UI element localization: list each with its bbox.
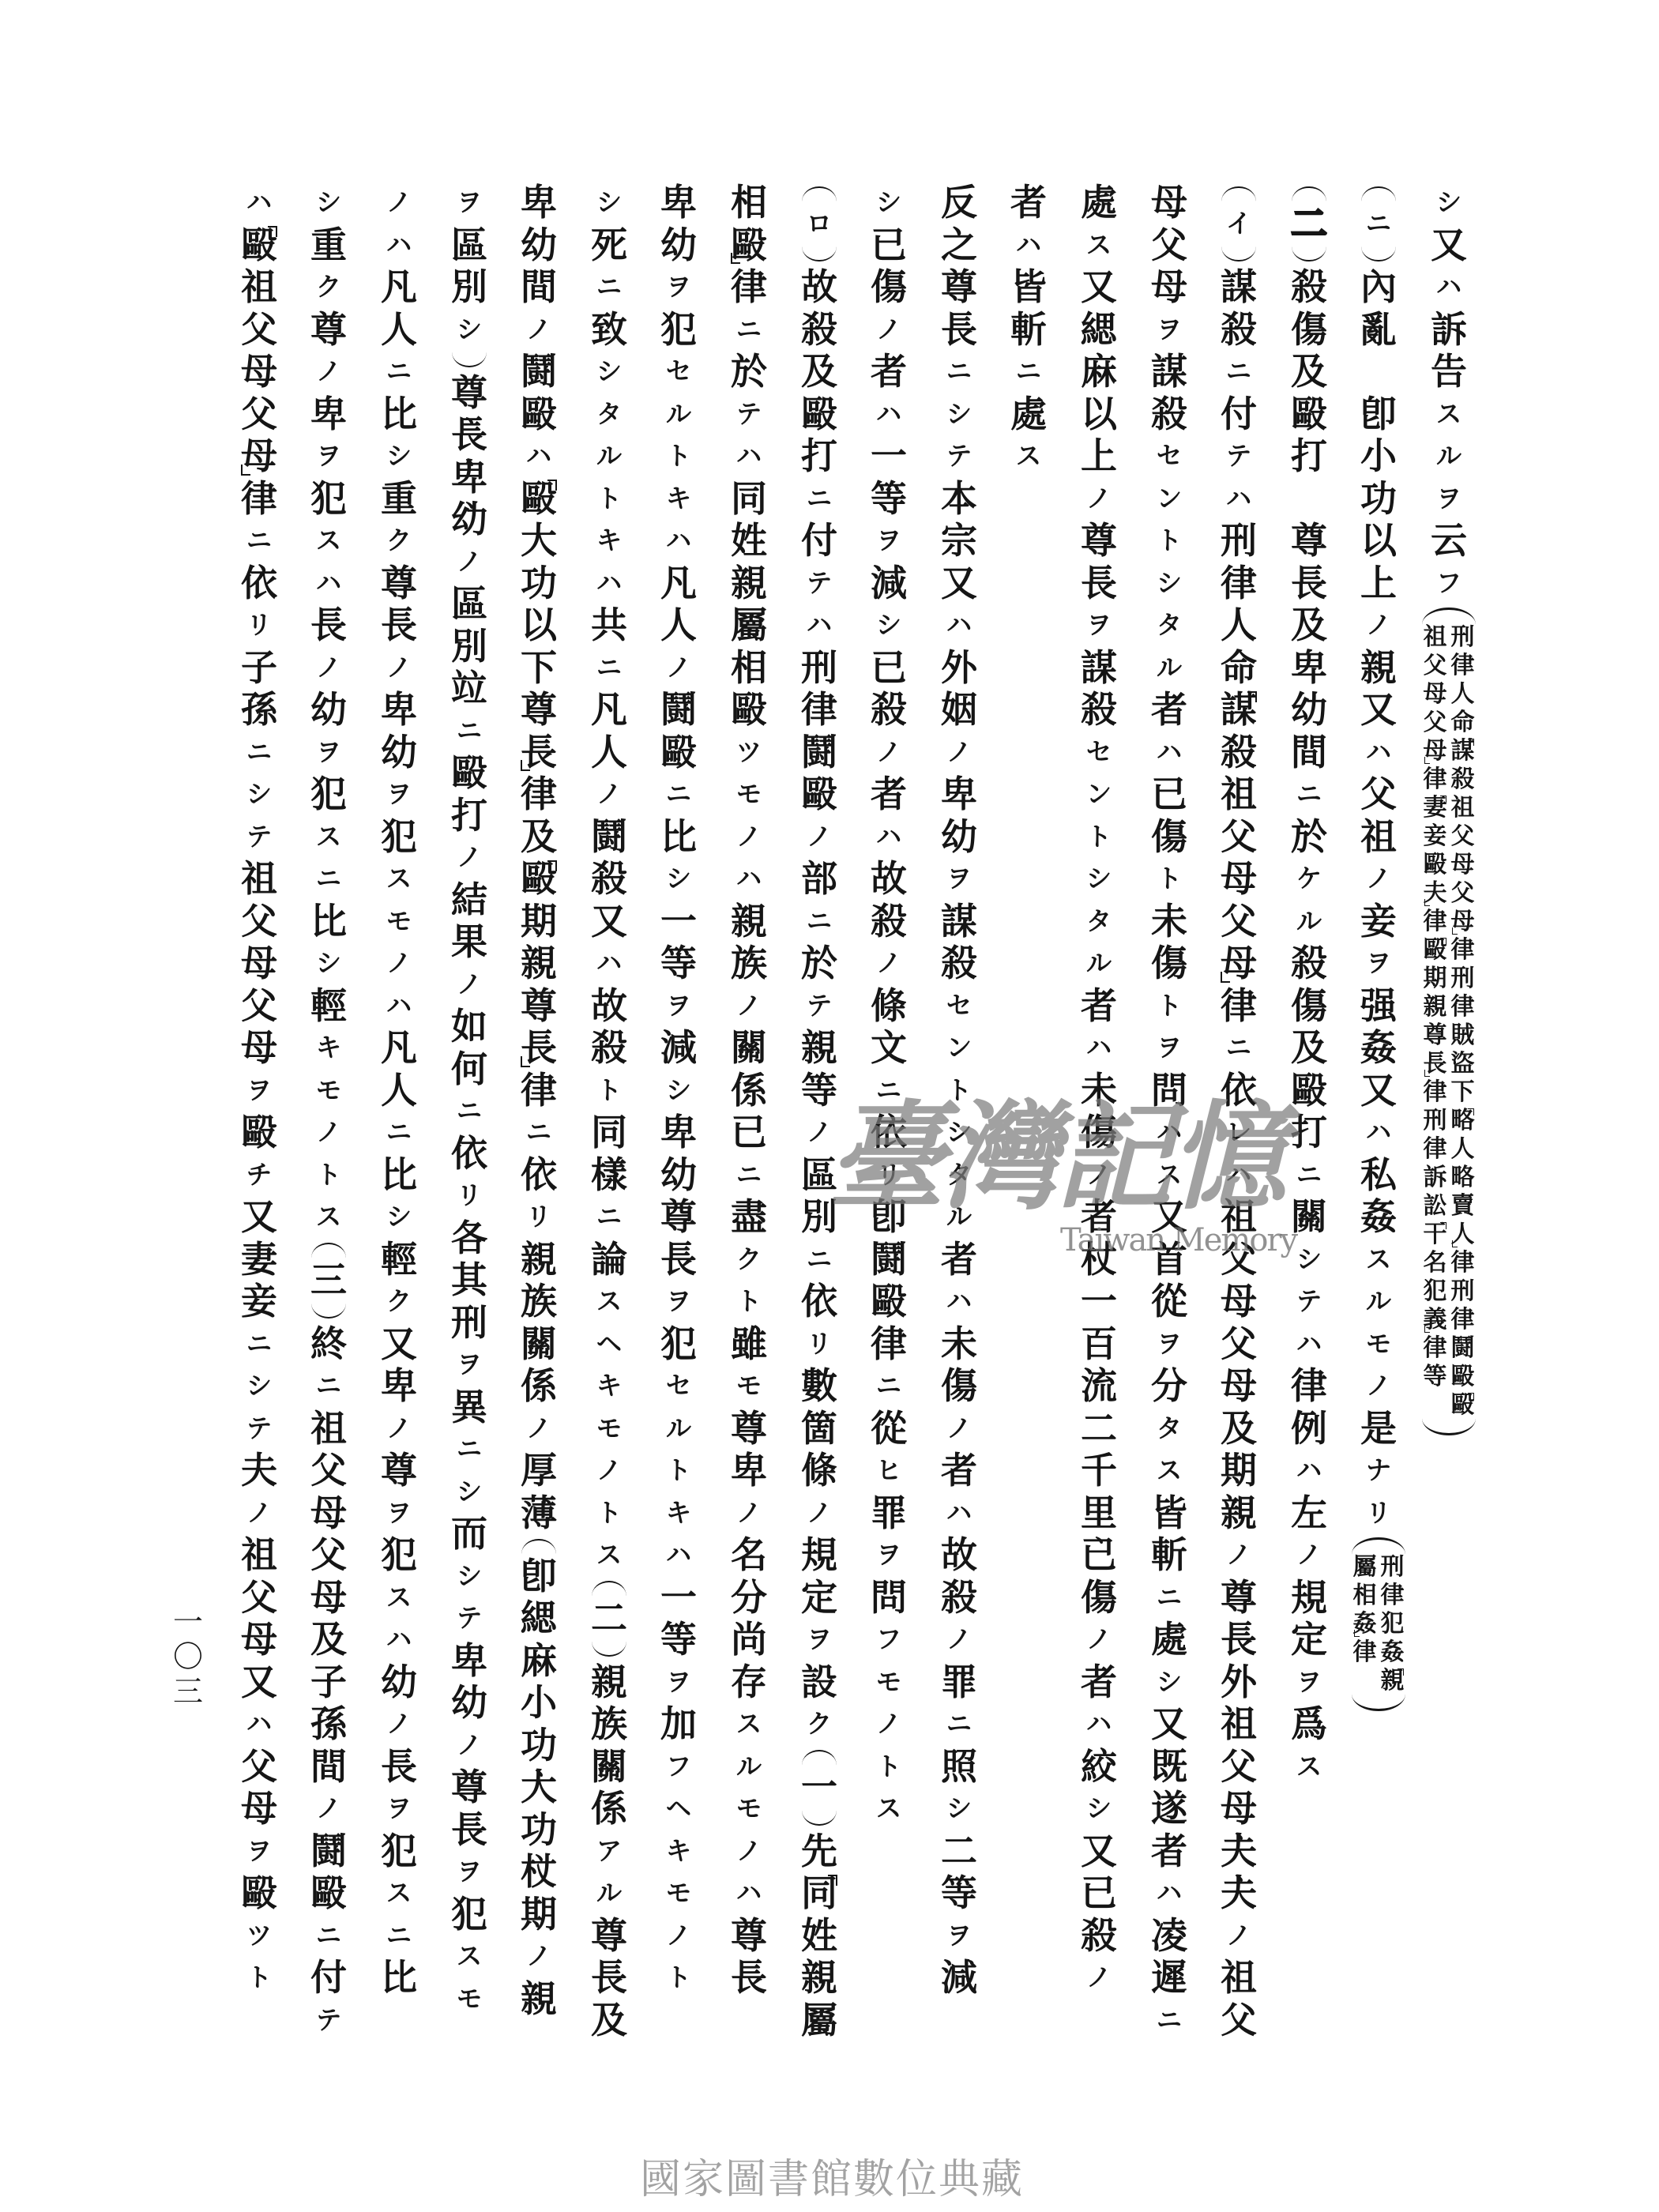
glyph: セ: [1077, 732, 1121, 774]
glyph: 毆: [1422, 936, 1449, 965]
glyph: 人: [377, 309, 421, 352]
glyph: ヲ: [1287, 1661, 1331, 1704]
close-paren-arc: [1422, 1420, 1476, 1439]
bracket-mark: [1354, 1630, 1360, 1637]
glyph: チ: [237, 1154, 281, 1197]
glyph: テ: [797, 562, 841, 605]
glyph: 相: [1352, 1582, 1379, 1610]
glyph: 殺: [797, 309, 841, 352]
glyph: 殺: [937, 942, 981, 985]
glyph: ハ: [237, 182, 281, 224]
glyph: 凡: [377, 1027, 421, 1070]
glyph: 輕: [307, 985, 351, 1028]
glyph: ハ: [797, 604, 841, 647]
annotation-lines: 刑律人命謀殺祖父母父母律刑律賊盜下略人略賣人律刑律鬪毆毆 祖父母父母律妻妾毆夫律…: [1422, 623, 1477, 1420]
glyph: 係: [727, 1070, 771, 1112]
glyph: 卑: [517, 182, 561, 224]
glyph: 別: [447, 626, 491, 668]
glyph: ニ: [1217, 1027, 1261, 1070]
glyph: 又: [1147, 1703, 1191, 1746]
glyph: 傷: [1287, 985, 1331, 1028]
glyph: 姓: [797, 1915, 841, 1958]
glyph: 於: [797, 942, 841, 985]
glyph: 親: [1422, 993, 1449, 1021]
glyph: 等: [656, 942, 701, 985]
glyph: 以: [517, 604, 561, 647]
glyph: ヲ: [656, 1661, 701, 1704]
glyph: ハ: [1077, 1027, 1121, 1070]
glyph: ス: [307, 816, 351, 859]
glyph: 父: [237, 1746, 281, 1789]
glyph: ヲ: [1077, 604, 1121, 647]
glyph: ヲ: [447, 1344, 491, 1386]
glyph: 殺: [1450, 766, 1477, 794]
glyph: 謀: [1450, 737, 1477, 766]
glyph: ツ: [237, 1915, 281, 1958]
glyph: 殺: [867, 689, 911, 732]
glyph: 緦: [1077, 309, 1121, 352]
glyph: 杖: [517, 1851, 561, 1894]
glyph: 又: [1077, 1830, 1121, 1873]
glyph: ン: [1077, 773, 1121, 816]
glyph: 係: [587, 1788, 631, 1830]
glyph: ア: [587, 1830, 631, 1873]
glyph: ニ: [1287, 773, 1331, 816]
glyph: シ: [377, 435, 421, 478]
glyph: 鬪: [307, 1830, 351, 1873]
bracket-mark: [1424, 757, 1431, 764]
glyph: 毆: [307, 1872, 351, 1915]
glyph: ノ: [937, 1408, 981, 1450]
annotation-line-right: 刑律人命謀殺祖父母父母律刑律賊盜下略人略賣人律刑律鬪毆毆: [1450, 623, 1477, 1420]
glyph: ヲ: [1147, 309, 1191, 352]
glyph: 又: [1427, 224, 1471, 267]
bracket-mark: [1424, 1326, 1431, 1333]
glyph: 鬪: [517, 351, 561, 393]
glyph: 何: [447, 1048, 491, 1091]
glyph: 例: [1287, 1408, 1331, 1450]
glyph: リ: [237, 604, 281, 647]
glyph: ノ: [1077, 478, 1121, 521]
glyph: 功: [517, 562, 561, 605]
glyph: [1287, 182, 1331, 203]
glyph: 卑: [727, 1450, 771, 1492]
glyph: ニ: [307, 1915, 351, 1958]
glyph: 毆: [1287, 1070, 1331, 1112]
glyph: 母: [1217, 1281, 1261, 1323]
glyph: シ: [447, 1556, 491, 1598]
glyph: 及: [797, 351, 841, 393]
glyph: 律: [1450, 1249, 1477, 1277]
glyph: 長: [1287, 562, 1331, 605]
glyph: 死: [587, 224, 631, 267]
glyph: 親: [797, 1957, 841, 1999]
glyph: [307, 1302, 351, 1323]
glyph: 親: [1356, 647, 1401, 690]
glyph: 本: [937, 478, 981, 521]
glyph: 命: [1450, 709, 1477, 737]
text-column-12: 卑幼ヲ犯セルトキハ凡人ノ鬪毆ニ比シ一等ヲ減シ卑幼尊長ヲ犯セルトキハ一等ヲ加フヘキ…: [647, 182, 710, 1999]
glyph: 減: [656, 1027, 701, 1070]
glyph: 妾: [1422, 822, 1449, 851]
glyph: ト: [656, 435, 701, 478]
glyph: 一: [867, 435, 911, 478]
glyph: [797, 182, 841, 203]
footer-credit: 國家圖書館數位典藏: [640, 2159, 1024, 2200]
glyph: 打: [1287, 1112, 1331, 1154]
glyph: 盡: [727, 1196, 771, 1239]
glyph: ニ: [377, 1915, 421, 1958]
glyph: 父: [1217, 1746, 1261, 1789]
glyph: 祖: [307, 1408, 351, 1450]
glyph: 期: [517, 1894, 561, 1936]
glyph: ノ: [1356, 604, 1401, 647]
glyph: 幼: [656, 1154, 701, 1197]
glyph: ハ: [867, 393, 911, 436]
glyph: シ: [1147, 562, 1191, 605]
glyph: ニ: [1147, 1999, 1191, 2042]
glyph: 姦: [1379, 1638, 1406, 1667]
column-text: シ又ハ訴告スルヲ云フ: [1427, 182, 1471, 604]
column-text: 者ハ皆斬ニ處ス: [1006, 182, 1051, 478]
glyph: 尊: [727, 1408, 771, 1450]
glyph: 罪: [867, 1492, 911, 1535]
glyph: 同: [587, 1112, 631, 1154]
paren-arc: [1361, 231, 1396, 262]
glyph: [1217, 245, 1261, 266]
glyph: 卑: [447, 1640, 491, 1683]
section-marker: ロ: [797, 182, 841, 266]
glyph: 親: [517, 1239, 561, 1281]
glyph: 罪: [937, 1661, 981, 1704]
glyph: ニ: [447, 710, 491, 753]
glyph: キ: [656, 1492, 701, 1535]
glyph: シ: [237, 773, 281, 816]
glyph: ニ: [797, 1239, 841, 1281]
glyph: 命: [1217, 647, 1261, 690]
glyph: セ: [937, 985, 981, 1028]
glyph: ノ: [867, 732, 911, 774]
glyph: [517, 1534, 561, 1556]
glyph: ス: [1006, 435, 1051, 478]
glyph: 律: [1422, 1078, 1449, 1107]
column-text: 卽小功以上ノ親又ハ父祖ノ妾ヲ强姦又ハ私姦スルモノ是ナリ: [1356, 393, 1401, 1535]
glyph: 內: [1356, 266, 1401, 309]
paren-arc: [1221, 231, 1256, 262]
glyph: 鬪: [587, 816, 631, 859]
glyph: 尊: [1077, 520, 1121, 562]
glyph: ノ: [656, 647, 701, 690]
glyph: 等: [867, 478, 911, 521]
column-text: 相毆律ニ於テハ同姓親屬相毆ツモノハ親族ノ關係已ニ盡クト雖モ尊卑ノ名分尚存スルモノ…: [727, 182, 771, 1999]
glyph: 殺: [1287, 942, 1331, 985]
glyph: 是: [1356, 1408, 1401, 1450]
glyph: ニ: [1147, 1577, 1191, 1619]
glyph: 子: [237, 647, 281, 690]
glyph: 幼: [656, 224, 701, 267]
glyph: 姦: [1356, 1027, 1401, 1070]
glyph: 訴: [1427, 309, 1471, 352]
glyph: ノ: [377, 942, 421, 985]
glyph: 比: [377, 393, 421, 436]
glyph: 上: [1356, 562, 1401, 605]
glyph: 尊: [517, 985, 561, 1028]
glyph: 〇: [168, 1639, 208, 1674]
bracket-mark: [1221, 972, 1230, 983]
glyph: キ: [587, 1365, 631, 1408]
glyph: 相: [727, 647, 771, 690]
page-number-text: 一〇三: [164, 1604, 212, 1709]
glyph: ス: [1147, 1450, 1191, 1492]
glyph: 打: [797, 435, 841, 478]
glyph: 親: [727, 562, 771, 605]
glyph: 毆: [797, 393, 841, 436]
glyph: シ: [937, 1788, 981, 1830]
glyph: 上: [1077, 435, 1121, 478]
glyph: 父: [237, 901, 281, 943]
glyph: 犯: [377, 816, 421, 859]
glyph: 人: [1450, 1135, 1477, 1164]
glyph: ノ: [867, 1703, 911, 1746]
glyph: 未: [937, 1323, 981, 1366]
glyph: シ: [587, 182, 631, 224]
glyph: ス: [377, 858, 421, 901]
glyph: モ: [447, 1978, 491, 2021]
glyph: ニ: [1006, 351, 1051, 393]
glyph: シ: [447, 1471, 491, 1514]
glyph: 幼: [1287, 689, 1331, 732]
glyph: モ: [727, 773, 771, 816]
glyph: 宗: [937, 520, 981, 562]
glyph: 百: [1077, 1323, 1121, 1366]
glyph: [797, 1746, 841, 1767]
glyph: 尊: [377, 562, 421, 605]
glyph: 二: [937, 1830, 981, 1873]
glyph: 尊: [307, 309, 351, 352]
glyph: 刑: [1217, 520, 1261, 562]
open-paren-arc: [1352, 1534, 1405, 1553]
glyph: 於: [1287, 816, 1331, 859]
glyph: 減: [867, 562, 911, 605]
glyph: タ: [1077, 901, 1121, 943]
glyph: 親: [727, 901, 771, 943]
glyph: 者: [1006, 182, 1051, 224]
glyph: 人: [587, 732, 631, 774]
glyph: 毆: [1287, 393, 1331, 436]
glyph: 尊: [517, 689, 561, 732]
glyph: 刑: [797, 647, 841, 690]
glyph: 分: [1147, 1365, 1191, 1408]
glyph: ヲ: [656, 266, 701, 309]
glyph: 律: [1450, 936, 1477, 965]
glyph: 比: [377, 1154, 421, 1197]
glyph: 犯: [656, 309, 701, 352]
glyph: シ: [1077, 858, 1121, 901]
glyph: シ: [867, 604, 911, 647]
glyph: 謀: [1217, 689, 1261, 732]
glyph: 比: [307, 901, 351, 943]
glyph: 爲: [1287, 1703, 1331, 1746]
glyph: ル: [656, 393, 701, 436]
glyph: ニ: [727, 1154, 771, 1197]
glyph: 夫: [237, 1450, 281, 1492]
glyph: 者: [867, 773, 911, 816]
glyph: シ: [656, 1070, 701, 1112]
glyph: テ: [937, 435, 981, 478]
glyph: ハ: [1006, 224, 1051, 267]
glyph: ヲ: [237, 1830, 281, 1873]
glyph: ル: [656, 1408, 701, 1450]
glyph: 卽: [1356, 393, 1401, 436]
glyph: 祖: [1217, 773, 1261, 816]
glyph: 打: [447, 795, 491, 837]
column-text: ハ毆祖父母父母律ニ依リ子孫ニシテ祖父母父母ヲ毆チ又妻妾ニシテ夫ノ祖父母又ハ父母ヲ…: [237, 182, 281, 1999]
paren-arc: [452, 337, 487, 367]
glyph: 處: [1077, 182, 1121, 224]
glyph: 妻: [1422, 794, 1449, 822]
glyph: リ: [447, 1175, 491, 1217]
glyph: 律: [1217, 562, 1261, 605]
glyph: 犯: [1379, 1610, 1406, 1638]
glyph: 毆: [237, 1112, 281, 1154]
glyph: ル: [727, 1746, 771, 1789]
glyph: 厚: [517, 1450, 561, 1492]
glyph: 長: [377, 1746, 421, 1789]
glyph: 係: [517, 1365, 561, 1408]
glyph: [587, 1577, 631, 1598]
section-heading: 內亂: [1356, 266, 1401, 351]
glyph: シ: [1077, 1788, 1121, 1830]
glyph: 殺: [1077, 689, 1121, 732]
glyph: 祖: [237, 858, 281, 901]
glyph: 關: [727, 1027, 771, 1070]
glyph: 及: [517, 816, 561, 859]
glyph: ナ: [1356, 1450, 1401, 1492]
glyph: 雖: [727, 1323, 771, 1366]
glyph: ノ: [447, 541, 491, 584]
glyph: 二: [1077, 1408, 1121, 1450]
glyph: 果: [447, 921, 491, 964]
glyph: 干: [1422, 1221, 1449, 1249]
glyph: 父: [307, 1534, 351, 1577]
glyph: ハ: [1287, 1450, 1331, 1492]
glyph: 大: [517, 1766, 561, 1809]
glyph: ノ: [377, 1408, 421, 1450]
glyph: 皆: [1006, 266, 1051, 309]
glyph: 母: [307, 1492, 351, 1535]
glyph: 父: [1450, 822, 1477, 851]
column-text: シ重ク尊ノ卑ヲ犯スハ長ノ幼ヲ犯スニ比シ輕キモノトス三終ニ祖父母父母及子孫間ノ鬪毆…: [307, 182, 351, 2041]
glyph: 卑: [307, 393, 351, 436]
glyph: 傷: [867, 266, 911, 309]
glyph: 毆: [867, 1281, 911, 1323]
glyph: 鬪: [656, 689, 701, 732]
paren-arc: [592, 1626, 626, 1657]
glyph: ヲ: [937, 858, 981, 901]
glyph: リ: [517, 1196, 561, 1239]
glyph: 又: [1356, 689, 1401, 732]
glyph: 屬: [1352, 1553, 1379, 1582]
glyph: 結: [447, 879, 491, 922]
glyph: 父: [1217, 1999, 1261, 2042]
glyph: 毆: [797, 773, 841, 816]
page-number: 一〇三: [164, 1604, 212, 1709]
glyph: 謀: [1217, 266, 1261, 309]
glyph: ハ: [1356, 732, 1401, 774]
glyph: 卽: [517, 1556, 561, 1598]
glyph: 條: [797, 1450, 841, 1492]
glyph: 條: [867, 985, 911, 1028]
text-column-1: シ又ハ訴告スルヲ云フ 刑律人命謀殺祖父母父母律刑律賊盜下略人略賣人律刑律鬪毆毆 …: [1417, 182, 1480, 1439]
glyph: [1217, 182, 1261, 203]
glyph: 重: [377, 478, 421, 521]
glyph: 私: [1356, 1154, 1401, 1197]
glyph: 卑: [656, 1112, 701, 1154]
glyph: [307, 1239, 351, 1260]
glyph: ハ: [727, 1872, 771, 1915]
glyph: 以: [1077, 393, 1121, 436]
glyph: 又: [377, 1323, 421, 1366]
glyph: 已: [727, 1112, 771, 1154]
glyph: 減: [937, 1957, 981, 1999]
glyph: ハ: [937, 604, 981, 647]
glyph: シ: [867, 182, 911, 224]
glyph: ノ: [587, 773, 631, 816]
glyph: 依: [517, 1154, 561, 1197]
glyph: 者: [1147, 689, 1191, 732]
glyph: モ: [307, 1070, 351, 1112]
text-column-13: シ死ニ致シタルトキハ共ニ凡人ノ鬪殺又ハ故殺ト同樣ニ論スヘキモノトス二親族關係アル…: [577, 182, 641, 2041]
glyph: ス: [1356, 1239, 1401, 1281]
glyph: 傷: [1077, 1577, 1121, 1619]
glyph: 父: [1422, 709, 1449, 737]
glyph: 傷: [1147, 942, 1191, 985]
glyph: 一: [656, 901, 701, 943]
glyph: ヘ: [587, 1323, 631, 1366]
glyph: ノ: [377, 1703, 421, 1746]
glyph: 故: [937, 1534, 981, 1577]
glyph: ス: [727, 1703, 771, 1746]
glyph: 尊: [937, 266, 981, 309]
glyph: シ: [307, 942, 351, 985]
glyph: 刑: [1422, 1107, 1449, 1135]
glyph: ス: [1287, 1746, 1331, 1789]
glyph: 屬: [797, 1999, 841, 2042]
glyph: 律: [1422, 1135, 1449, 1164]
glyph: ヲ: [377, 1492, 421, 1535]
annotation-note: 刑律人命謀殺祖父母父母律刑律賊盜下略人略賣人律刑律鬪毆毆 祖父母父母律妻妾毆夫律…: [1420, 604, 1477, 1439]
glyph: ノ: [587, 1450, 631, 1492]
glyph: 終: [307, 1323, 351, 1366]
glyph: 尊: [1217, 1577, 1261, 1619]
glyph: 長: [1217, 1619, 1261, 1661]
glyph: [1356, 245, 1401, 266]
glyph: ン: [937, 1027, 981, 1070]
glyph: 傷: [1287, 309, 1331, 352]
glyph: 傷: [937, 1365, 981, 1408]
glyph: 反: [937, 182, 981, 224]
text-column-2: ニ 內亂 卽小功以上ノ親又ハ父祖ノ妾ヲ强姦又ハ私姦スルモノ是ナリ 刑律犯姦親 屬…: [1347, 182, 1410, 1714]
glyph: ノ: [517, 1935, 561, 1978]
glyph: 已: [1077, 1872, 1121, 1915]
glyph: 毆: [517, 858, 561, 901]
glyph: 者: [1077, 1661, 1121, 1704]
glyph: 及: [307, 1619, 351, 1661]
glyph: ニ: [937, 351, 981, 393]
glyph: 母: [237, 942, 281, 985]
glyph: 刑: [1450, 1277, 1477, 1306]
glyph: 故: [867, 858, 911, 901]
